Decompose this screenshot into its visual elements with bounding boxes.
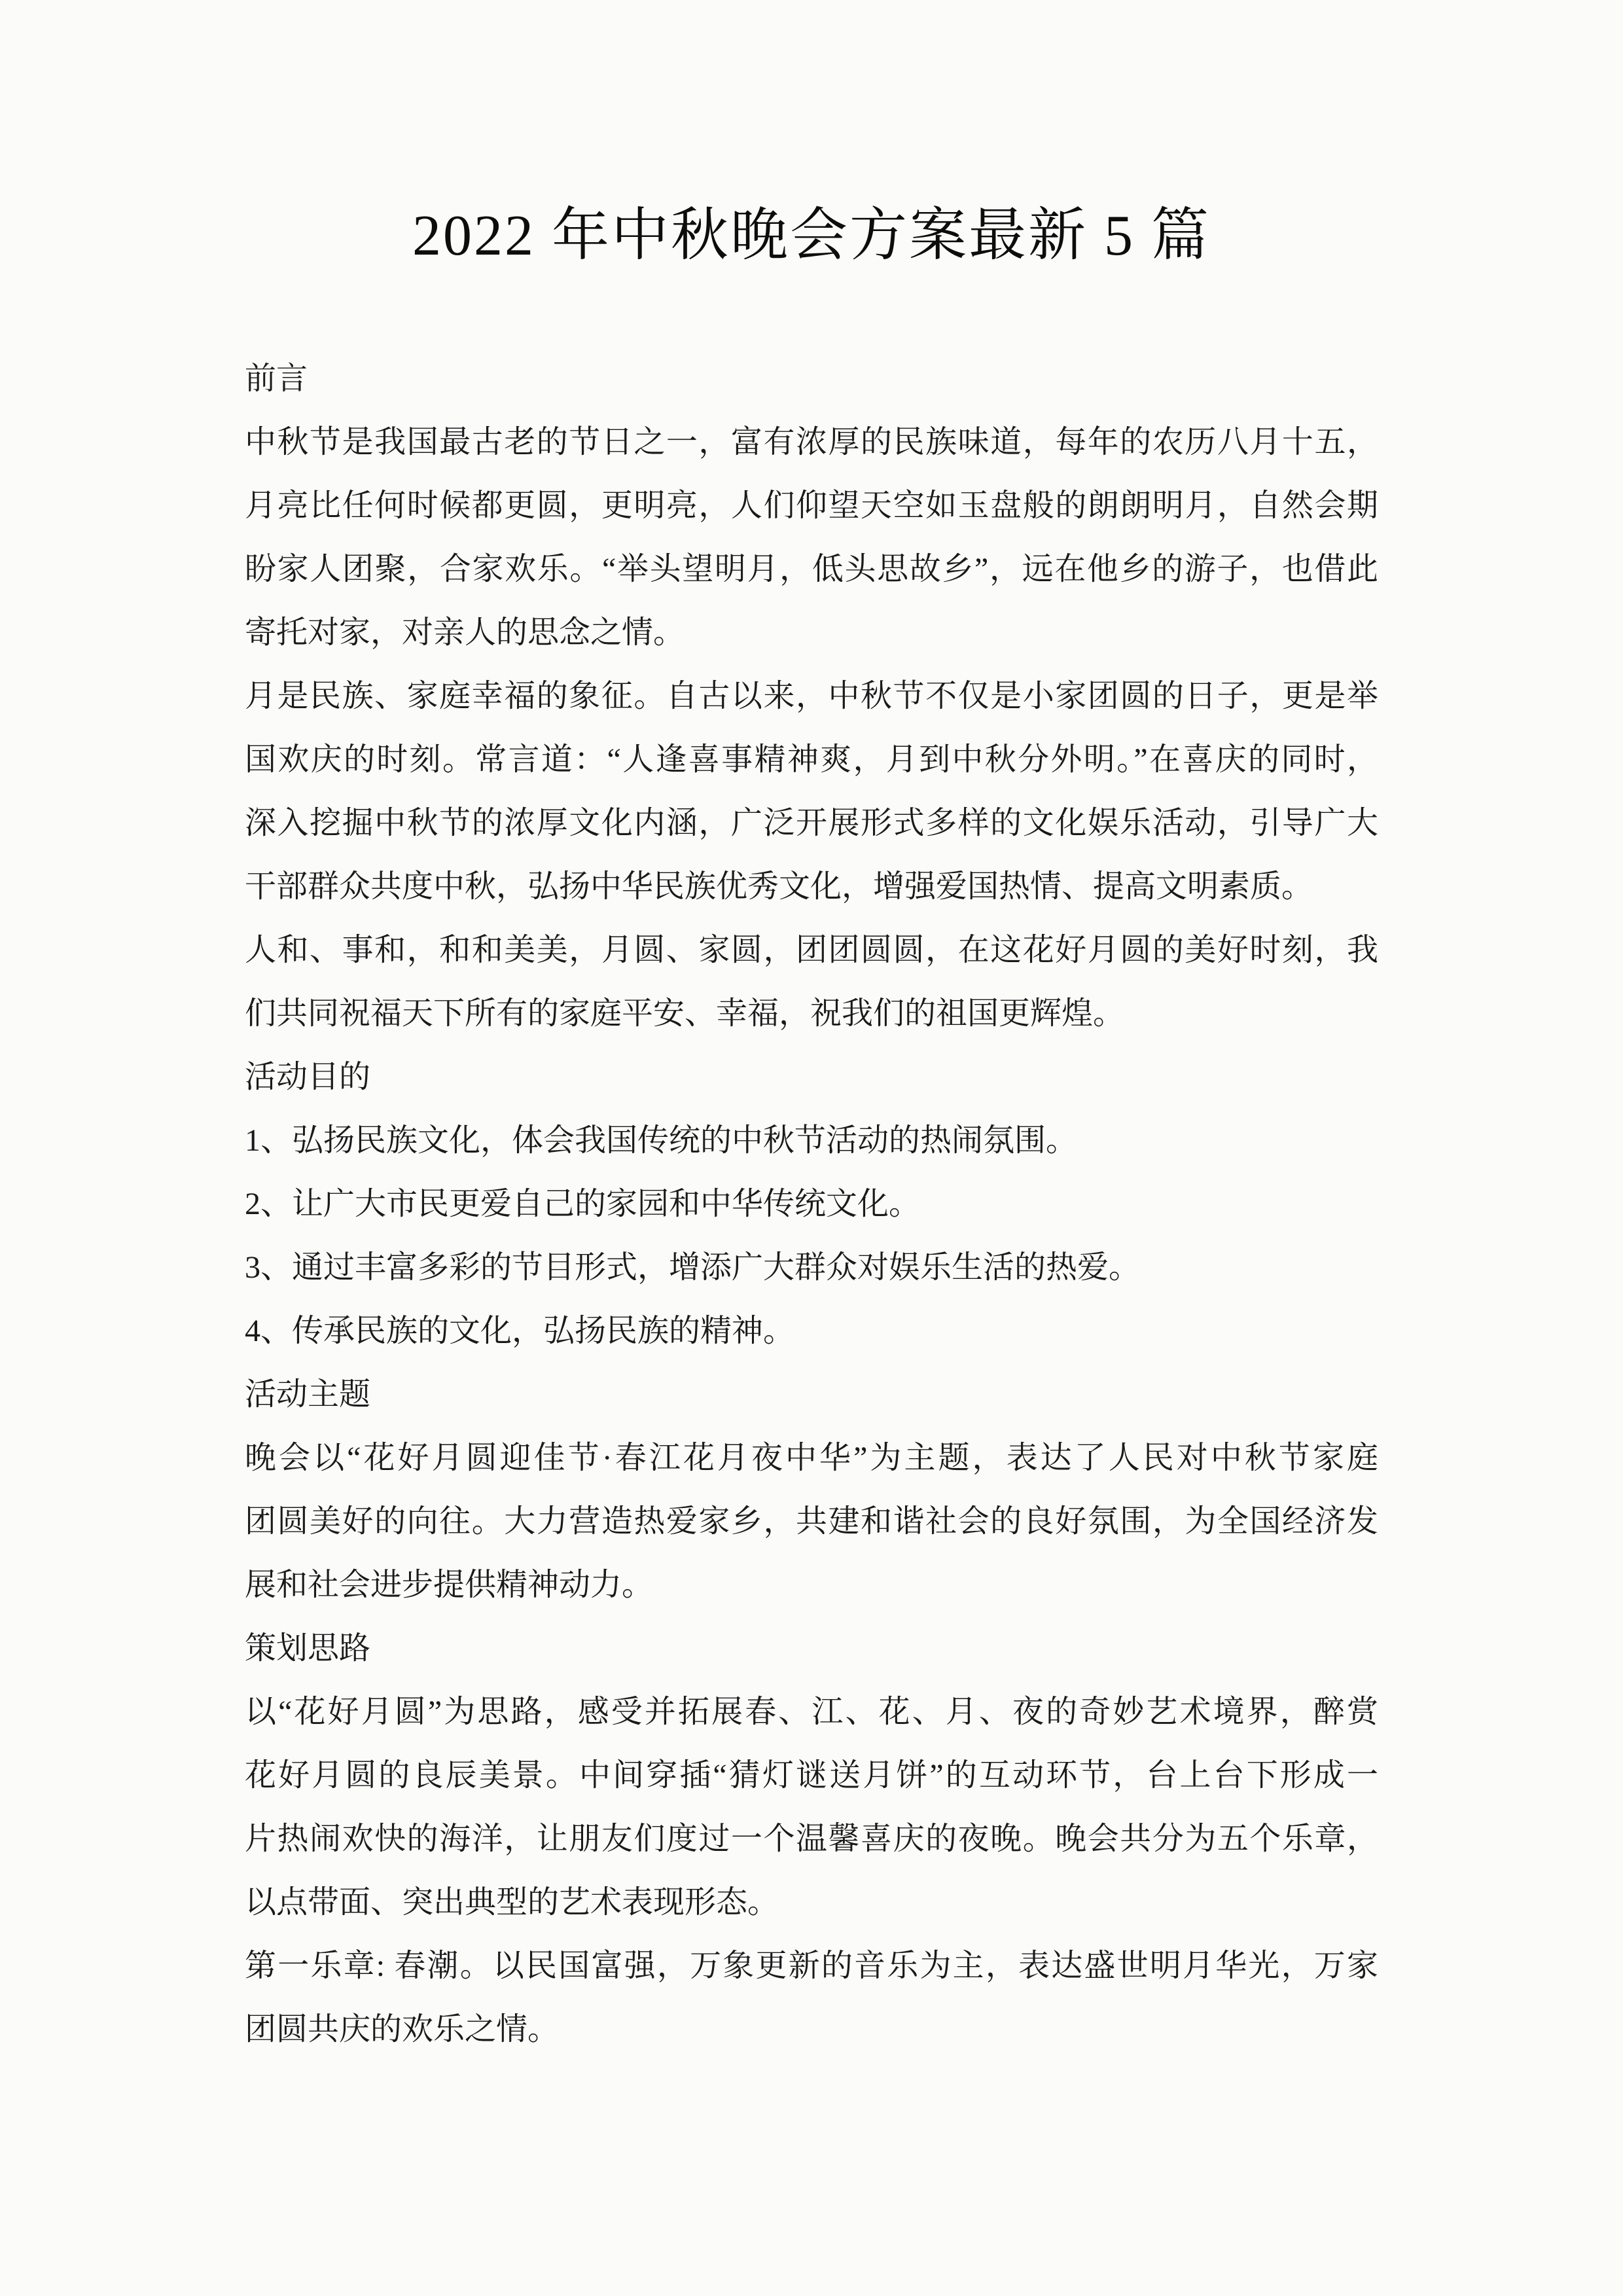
text-line: 4、传承民族的文化，弘扬民族的精神。 [245, 1299, 1378, 1363]
chapter-1-para: 第一乐章: 春潮。以民国富强，万象更新的音乐为主，表达盛世明月华光，万家团圆共庆… [245, 1934, 1378, 2061]
plan-para-1: 以“花好月圆”为思路，感受并拓展春、江、花、月、夜的奇妙艺术境界，醉赏花好月圆的… [245, 1680, 1378, 1934]
text-line: 们共同祝福天下所有的家庭平安、幸福，祝我们的祖国更辉煌。 [245, 982, 1378, 1045]
text-line: 3、通过丰富多彩的节目形式，增添广大群众对娱乐生活的热爱。 [245, 1236, 1378, 1299]
preface-para-3: 人和、事和，和和美美，月圆、家圆，团团圆圆，在这花好月圆的美好时刻，我们共同祝福… [245, 918, 1378, 1045]
theme-heading: 活动主题 [245, 1363, 1378, 1426]
purpose-item-4: 4、传承民族的文化，弘扬民族的精神。 [245, 1299, 1378, 1363]
purpose-item-2: 2、让广大市民更爱自己的家园和中华传统文化。 [245, 1172, 1378, 1236]
text-line: 干部群众共度中秋，弘扬中华民族优秀文化，增强爱国热情、提高文明素质。 [245, 855, 1378, 918]
text-line: 2、让广大市民更爱自己的家园和中华传统文化。 [245, 1172, 1378, 1236]
text-line: 活动目的 [245, 1045, 1378, 1109]
text-line: 国欢庆的时刻。常言道：“人逢喜事精神爽，月到中秋分外明。”在喜庆的同时， [245, 728, 1378, 791]
document-title: 2022 年中秋晚会方案最新 5 篇 [0, 0, 1623, 279]
preface-heading: 前言 [245, 347, 1378, 410]
text-line: 盼家人团聚，合家欢乐。“举头望明月，低头思故乡”，远在他乡的游子，也借此 [245, 537, 1378, 601]
text-line: 第一乐章: 春潮。以民国富强，万象更新的音乐为主，表达盛世明月华光，万家 [245, 1934, 1378, 1998]
text-line: 月亮比任何时候都更圆，更明亮，人们仰望天空如玉盘般的朗朗明月，自然会期 [245, 474, 1378, 537]
text-line: 以“花好月圆”为思路，感受并拓展春、江、花、月、夜的奇妙艺术境界，醉赏 [245, 1680, 1378, 1744]
text-line: 深入挖掘中秋节的浓厚文化内涵，广泛开展形式多样的文化娱乐活动，引导广大 [245, 791, 1378, 855]
plan-heading: 策划思路 [245, 1617, 1378, 1680]
text-line: 团圆共庆的欢乐之情。 [245, 1998, 1378, 2061]
text-line: 花好月圆的良辰美景。中间穿插“猜灯谜送月饼”的互动环节，台上台下形成一 [245, 1744, 1378, 1807]
text-line: 前言 [245, 347, 1378, 410]
text-line: 中秋节是我国最古老的节日之一，富有浓厚的民族味道，每年的农历八月十五， [245, 410, 1378, 474]
text-line: 展和社会进步提供精神动力。 [245, 1553, 1378, 1617]
purpose-item-1: 1、弘扬民族文化，体会我国传统的中秋节活动的热闹氛围。 [245, 1109, 1378, 1172]
text-line: 团圆美好的向往。大力营造热爱家乡，共建和谐社会的良好氛围，为全国经济发 [245, 1490, 1378, 1553]
purpose-heading: 活动目的 [245, 1045, 1378, 1109]
text-line: 活动主题 [245, 1363, 1378, 1426]
text-line: 以点带面、突出典型的艺术表现形态。 [245, 1871, 1378, 1934]
text-line: 1、弘扬民族文化，体会我国传统的中秋节活动的热闹氛围。 [245, 1109, 1378, 1172]
purpose-item-3: 3、通过丰富多彩的节目形式，增添广大群众对娱乐生活的热爱。 [245, 1236, 1378, 1299]
text-line: 晚会以“花好月圆迎佳节·春江花月夜中华”为主题，表达了人民对中秋节家庭 [245, 1426, 1378, 1490]
preface-para-1: 中秋节是我国最古老的节日之一，富有浓厚的民族味道，每年的农历八月十五，月亮比任何… [245, 410, 1378, 664]
text-line: 策划思路 [245, 1617, 1378, 1680]
text-line: 月是民族、家庭幸福的象征。自古以来，中秋节不仅是小家团圆的日子，更是举 [245, 664, 1378, 728]
document-body: 前言 中秋节是我国最古老的节日之一，富有浓厚的民族味道，每年的农历八月十五，月亮… [245, 347, 1378, 2061]
preface-para-2: 月是民族、家庭幸福的象征。自古以来，中秋节不仅是小家团圆的日子，更是举国欢庆的时… [245, 664, 1378, 918]
text-line: 寄托对家，对亲人的思念之情。 [245, 601, 1378, 664]
text-line: 片热闹欢快的海洋，让朋友们度过一个温馨喜庆的夜晚。晚会共分为五个乐章， [245, 1807, 1378, 1871]
text-line: 人和、事和，和和美美，月圆、家圆，团团圆圆，在这花好月圆的美好时刻，我 [245, 918, 1378, 982]
document-page: 2022 年中秋晚会方案最新 5 篇 前言 中秋节是我国最古老的节日之一，富有浓… [0, 0, 1623, 2296]
theme-para-1: 晚会以“花好月圆迎佳节·春江花月夜中华”为主题，表达了人民对中秋节家庭团圆美好的… [245, 1426, 1378, 1617]
